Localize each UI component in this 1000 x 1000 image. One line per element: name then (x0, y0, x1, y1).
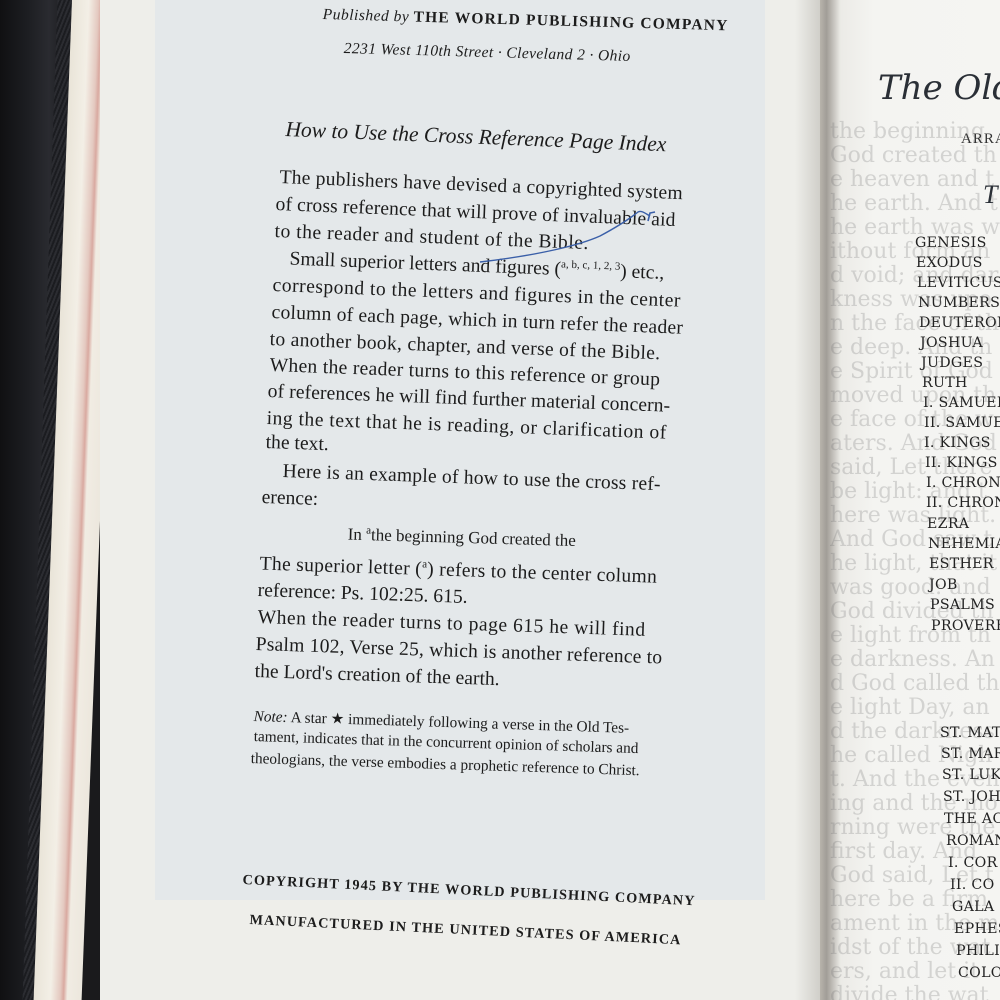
book-ruth[interactable]: RUTH (922, 375, 968, 391)
book-proverbs[interactable]: PROVERB (931, 618, 1000, 634)
example-verse: In athe beginning God created the (347, 524, 576, 551)
book-ezra[interactable]: EZRA (927, 516, 969, 532)
publisher-address: 2231 West 110th Street · Cleveland 2 · O… (343, 40, 630, 66)
star-icon: ★ (330, 710, 344, 727)
book-1-kings[interactable]: I. KINGS (924, 435, 991, 451)
book-deuteronomy[interactable]: DEUTERON (919, 315, 1000, 331)
explanation-line: the Lord's creation of the earth. (254, 662, 500, 690)
book-esther[interactable]: ESTHER (929, 556, 994, 572)
body-line: Here is an example of how to use the cro… (282, 462, 661, 495)
book-judges[interactable]: JUDGES (921, 355, 983, 371)
explanation-line: reference: Ps. 102:25. 615. (257, 581, 468, 608)
book-galatians[interactable]: GALA (952, 899, 994, 915)
published-by-label: Published by (323, 6, 410, 25)
book-2-samuel[interactable]: II. SAMUEL (924, 415, 1000, 431)
book-1-chronicles[interactable]: I. CHRON (926, 475, 1000, 491)
book-st-john[interactable]: ST. JOH (943, 789, 1000, 805)
book-romans[interactable]: ROMAN (946, 833, 1000, 849)
book-st-matthew[interactable]: ST. MAT (940, 725, 1000, 741)
left-page-content: Published by THE WORLD PUBLISHING COMPAN… (0, 0, 1000, 1000)
book-2-chronicles[interactable]: II. CHRON (926, 495, 1000, 511)
book-acts[interactable]: THE AC (944, 811, 1000, 827)
book-colossians[interactable]: COLO (958, 965, 1000, 981)
book-leviticus[interactable]: LEVITICUS (917, 275, 1000, 291)
publisher-name: THE WORLD PUBLISHING COMPANY (413, 9, 728, 35)
book-genesis[interactable]: GENESIS (915, 235, 987, 251)
old-testament-title: The Old (878, 68, 1000, 108)
book-st-mark[interactable]: ST. MAR (941, 746, 1000, 762)
publisher-line: Published by THE WORLD PUBLISHING COMPAN… (322, 6, 728, 35)
book-2-kings[interactable]: II. KINGS (925, 455, 998, 471)
note-label: Note: (253, 708, 288, 726)
page-title: How to Use the Cross Reference Page Inde… (285, 117, 667, 157)
superior-letters-text: Small superior letters and figures ( (289, 249, 561, 280)
book-joshua[interactable]: JOSHUA (920, 335, 983, 351)
book-1-corinthians[interactable]: I. COR (948, 855, 998, 871)
book-exodus[interactable]: EXODUS (916, 255, 983, 271)
book-ephesians[interactable]: EPHES (954, 921, 1000, 937)
book-psalms[interactable]: PSALMS (930, 597, 995, 613)
book-nehemiah[interactable]: NEHEMIA (928, 536, 1000, 552)
section-initial: T (983, 180, 997, 210)
book-1-samuel[interactable]: I. SAMUEL (923, 395, 1000, 411)
copyright-line: COPYRIGHT 1945 BY THE WORLD PUBLISHING C… (242, 872, 696, 910)
manufactured-line: MANUFACTURED IN THE UNITED STATES OF AME… (249, 912, 682, 949)
book-philippians[interactable]: PHILI (956, 943, 1000, 959)
book-numbers[interactable]: NUMBERS (918, 295, 1000, 311)
book-job[interactable]: JOB (929, 577, 958, 593)
etc-text: ) etc., (620, 261, 665, 284)
subtitle-fragment: ARRA (961, 131, 1000, 148)
body-line: erence: (261, 488, 318, 510)
book-st-luke[interactable]: ST. LUK (942, 767, 1000, 783)
superior-letters-sample: a, b, c, 1, 2, 3 (561, 258, 621, 272)
book-2-corinthians[interactable]: II. CO (950, 877, 995, 893)
body-line: the text. (265, 433, 329, 455)
